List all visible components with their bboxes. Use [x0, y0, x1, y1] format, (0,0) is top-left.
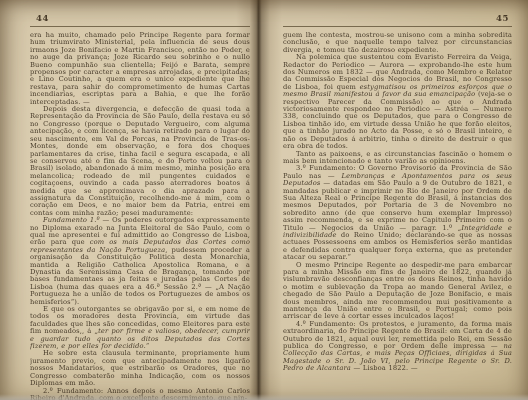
text-segment: 4.º Fundamento: Os protestos, e jurament… [283, 320, 512, 350]
paragraph: Fundamento 1.º — Os poderes outorgados e… [30, 217, 250, 306]
text-segment: 2.º Fundamento: Annos depois o mesmo Ant… [30, 387, 250, 400]
page-left-text: era ha muito, chamado pelo Principe Rege… [30, 32, 250, 400]
paragraph: O mesmo Principe Regente ao despedir-me … [283, 262, 512, 321]
page-right: 45 guem lhe contesta, mostrou-se unisono… [258, 0, 528, 400]
text-segment: , pudessem proceder a organisação da Con… [30, 246, 250, 306]
paragraph: era ha muito, chamado pelo Principe Rege… [30, 32, 250, 106]
paragraph: 3.º Fundamento: O Governo Provisorio da … [283, 165, 512, 261]
text-segment: (veja-se o respectivo Parecer da Commiss… [283, 90, 512, 150]
paragraph: Tanto as paixoens, e as circunstancias f… [283, 151, 512, 166]
text-segment: guem lhe contesta, mostrou-se unisono co… [283, 32, 512, 54]
page-number-right: 45 [496, 14, 509, 24]
page-number-left: 44 [36, 14, 49, 24]
page-right-header: 45 [283, 12, 512, 24]
text-segment: He sobre esta clausula terminante, propr… [30, 349, 250, 387]
paragraph: 2.º Fundamento: Annos depois o mesmo Ant… [30, 388, 250, 400]
paragraph: He sobre esta clausula terminante, propr… [30, 350, 250, 387]
text-segment: O mesmo Principe Regente ao despedir-me … [283, 261, 512, 321]
paragraph: E que os outorgantes se obrigavão por si… [30, 306, 250, 350]
paragraph: Na polemica que sustentou com Evaristo F… [283, 54, 512, 150]
paragraph: Depois desta divergencia, e defecção de … [30, 106, 250, 217]
header-rule-left [30, 26, 250, 27]
header-rule-right [283, 26, 512, 27]
text-segment: era ha muito, chamado pelo Principe Rege… [30, 32, 250, 106]
book-spread-scan: 44 era ha muito, chamado pelo Principe R… [0, 0, 528, 400]
page-right-text: guem lhe contesta, mostrou-se unisono co… [283, 32, 512, 373]
text-segment: — Lisboa 1822. — [351, 364, 418, 372]
paragraph: 4.º Fundamento: Os protestos, e jurament… [283, 321, 512, 373]
text-segment: Tanto as paixoens, e as circunstancias f… [283, 150, 512, 165]
page-left-header: 44 [30, 12, 250, 24]
text-segment: Depois desta divergencia, e defecção de … [30, 105, 250, 217]
page-left: 44 era ha muito, chamado pelo Principe R… [0, 0, 258, 400]
paragraph: guem lhe contesta, mostrou-se unisono co… [283, 32, 512, 54]
